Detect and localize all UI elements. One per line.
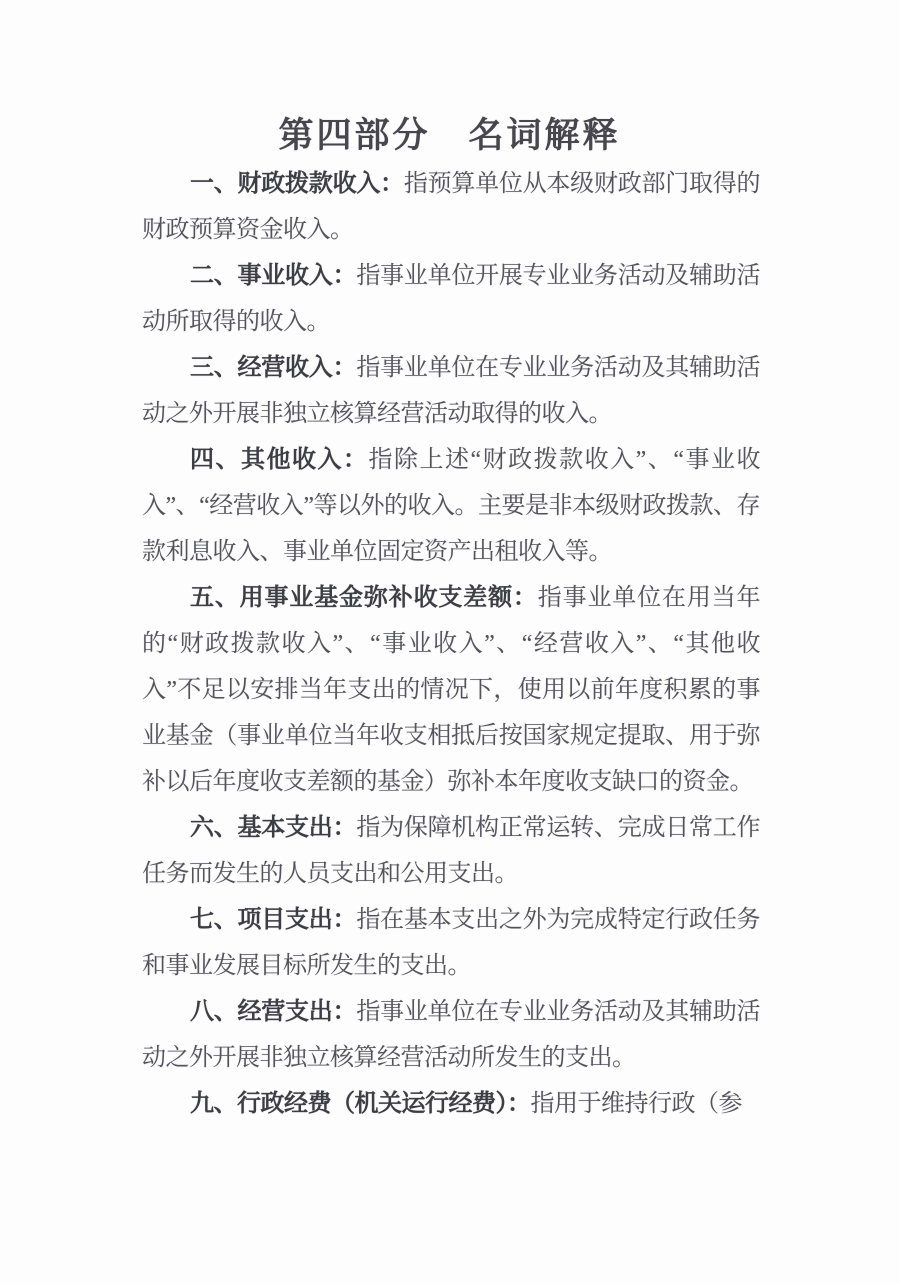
document-page: 第四部分 名词解释 一、财政拨款收入：指预算单位从本级财政部门取得的财政预算资金… [0,0,899,1283]
definition-para-7: 七、项目支出：指在基本支出之外为完成特定行政任务和事业发展目标所发生的支出。 [142,897,760,989]
term-label-4: 四、其他收入： [190,447,369,473]
definition-para-6: 六、基本支出：指为保障机构正常运转、完成日常工作任务而发生的人员支出和公用支出。 [142,805,760,897]
term-label-6: 六、基本支出： [190,815,356,841]
term-label-2: 二、事业收入： [190,263,356,289]
term-label-3: 三、经营收入： [190,355,356,381]
term-label-5: 五、用事业基金弥补收支差额： [190,585,538,611]
definition-para-9: 九、行政经费（机关运行经费）：指用于维持行政（参 [142,1081,760,1127]
term-label-1: 一、财政拨款收入： [190,171,404,197]
document-body: 一、财政拨款收入：指预算单位从本级财政部门取得的财政预算资金收入。 二、事业收入… [142,161,760,1127]
definition-para-5: 五、用事业基金弥补收支差额：指事业单位在用当年的“财政拨款收入”、“事业收入”、… [142,575,760,805]
definition-para-2: 二、事业收入：指事业单位开展专业业务活动及辅助活动所取得的收入。 [142,253,760,345]
definition-para-8: 八、经营支出：指事业单位在专业业务活动及其辅助活动之外开展非独立核算经营活动所发… [142,989,760,1081]
section-title: 第四部分 名词解释 [0,108,899,158]
definition-para-3: 三、经营收入：指事业单位在专业业务活动及其辅助活动之外开展非独立核算经营活动取得… [142,345,760,437]
definition-para-4: 四、其他收入：指除上述“财政拨款收入”、“事业收入”、“经营收入”等以外的收入。… [142,437,760,575]
definition-para-1: 一、财政拨款收入：指预算单位从本级财政部门取得的财政预算资金收入。 [142,161,760,253]
term-label-7: 七、项目支出： [190,907,356,933]
definition-text-5: 指事业单位在用当年的“财政拨款收入”、“事业收入”、“经营收入”、“其他收入”不… [142,585,760,795]
term-label-8: 八、经营支出： [190,999,356,1025]
definition-text-9: 指用于维持行政（参 [531,1091,743,1117]
term-label-9: 九、行政经费（机关运行经费）： [190,1091,531,1117]
